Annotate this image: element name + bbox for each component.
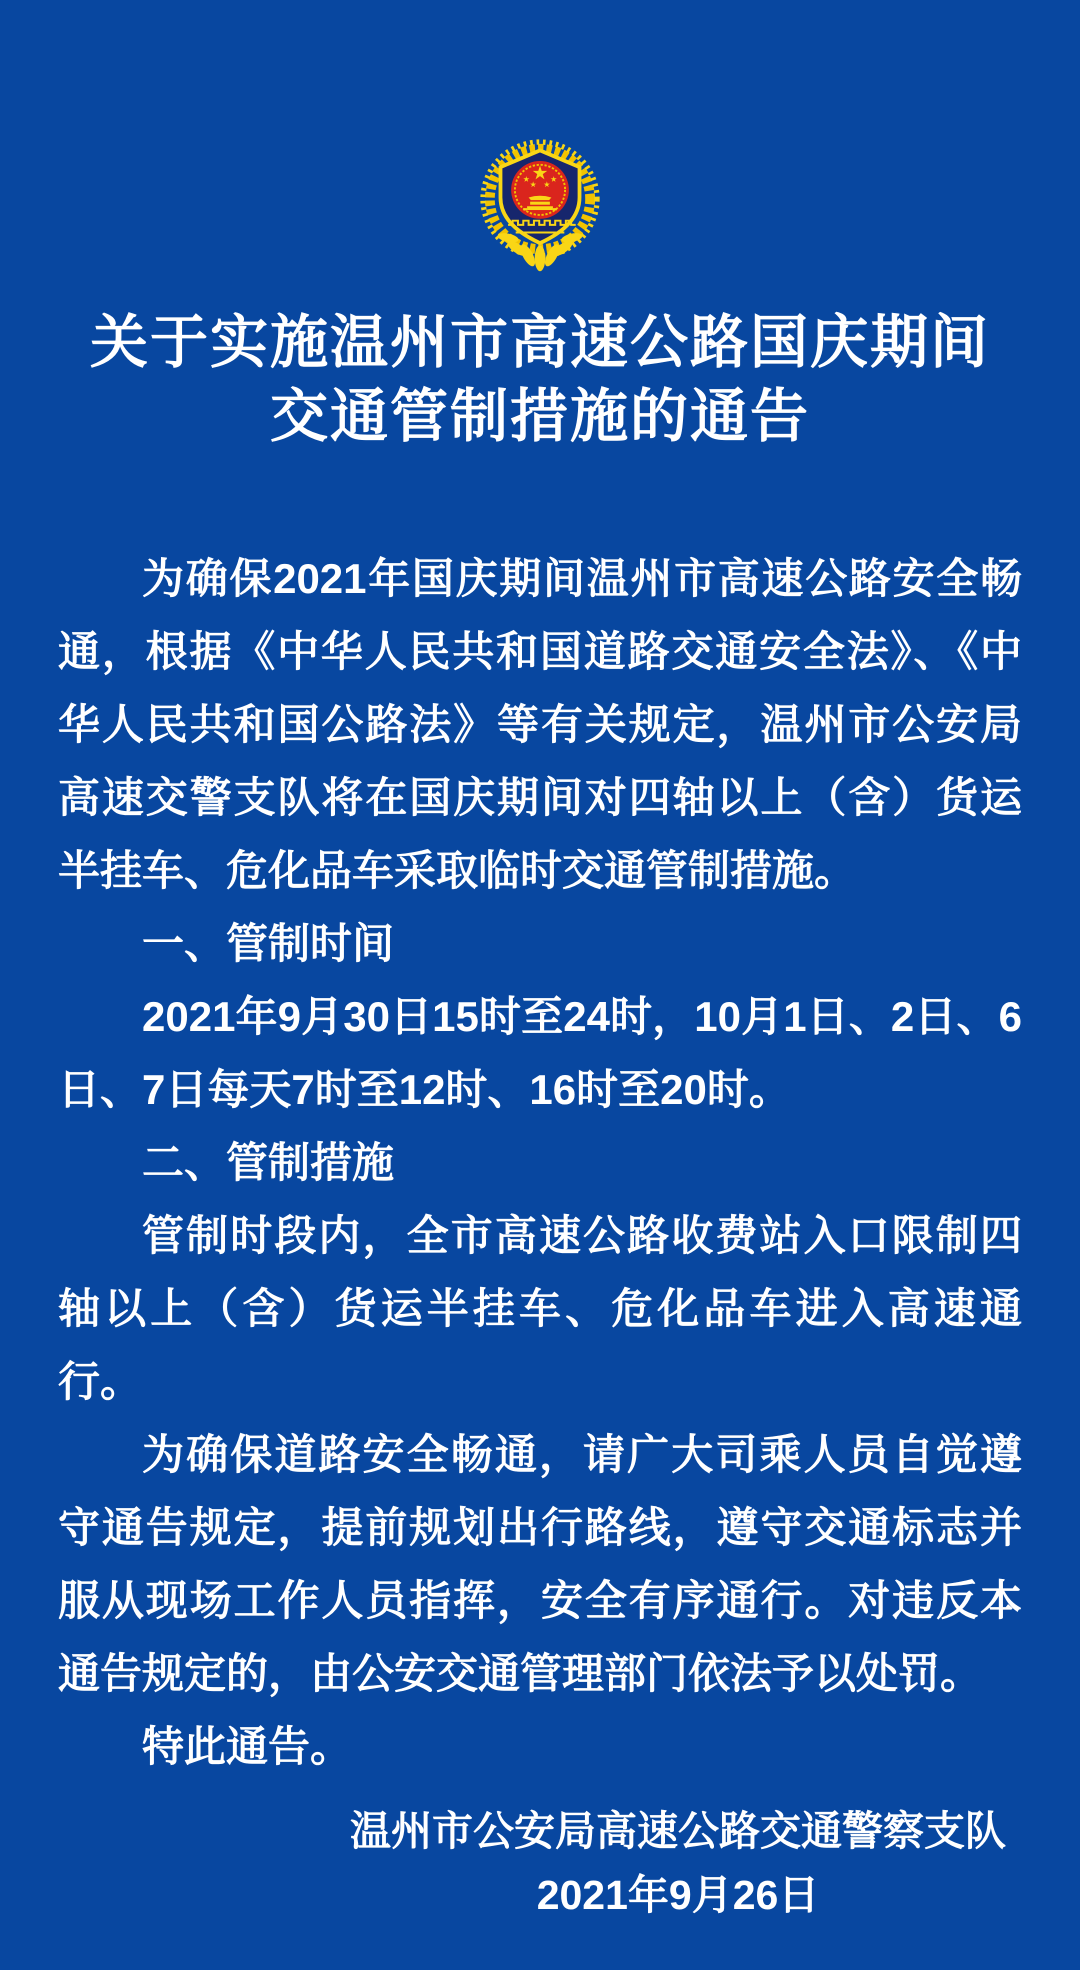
signature-date: 2021年9月26日: [350, 1863, 1006, 1927]
section-heading-measures: 二、管制措施: [58, 1126, 1022, 1199]
notice-body: 为确保2021年国庆期间温州市高速公路安全畅通，根据《中华人民共和国道路交通安全…: [0, 542, 1080, 1783]
paragraph-closing: 特此通告。: [58, 1710, 1022, 1783]
paragraph-intro: 为确保2021年国庆期间温州市高速公路安全畅通，根据《中华人民共和国道路交通安全…: [58, 542, 1022, 907]
notice-title: 关于实施温州市高速公路国庆期间 交通管制措施的通告: [0, 306, 1080, 454]
notice-page: 关于实施温州市高速公路国庆期间 交通管制措施的通告 为确保2021年国庆期间温州…: [0, 0, 1080, 1970]
section-heading-time: 一、管制时间: [58, 907, 1022, 980]
title-line-2: 交通管制措施的通告: [0, 380, 1080, 454]
paragraph-control-time: 2021年9月30日15时至24时，10月1日、2日、6日、7日每天7时至12时…: [58, 980, 1022, 1126]
police-emblem-icon: [464, 128, 616, 286]
signature-agency: 温州市公安局高速公路交通警察支队: [350, 1799, 1006, 1863]
notice-signature: 温州市公安局高速公路交通警察支队 2021年9月26日: [350, 1799, 1006, 1927]
paragraph-control-measures: 管制时段内，全市高速公路收费站入口限制四轴以上（含）货运半挂车、危化品车进入高速…: [58, 1199, 1022, 1418]
paragraph-advisory: 为确保道路安全畅通，请广大司乘人员自觉遵守通告规定，提前规划出行路线，遵守交通标…: [58, 1418, 1022, 1710]
badge-container: [0, 128, 1080, 286]
title-line-1: 关于实施温州市高速公路国庆期间: [0, 306, 1080, 380]
